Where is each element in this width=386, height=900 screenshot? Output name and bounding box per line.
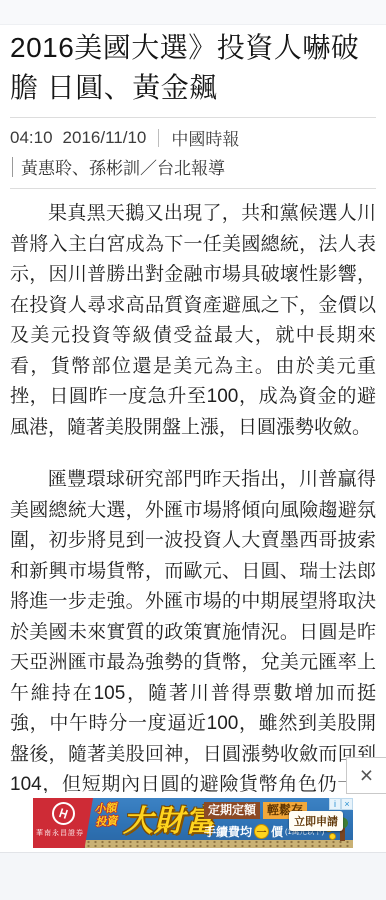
ad-brand-name: 華南永昌證券 bbox=[36, 828, 84, 838]
paragraph: 果真黑天鵝又出現了，共和黨候選人川普將入主白宮成為下一任美國總統，法人表示，因川… bbox=[10, 199, 376, 443]
ad-close-button[interactable]: × bbox=[346, 757, 386, 794]
paragraph: 匯豐環球研究部門昨天指出，川普贏得美國總統大選，外匯市場將傾向風險趨避氛圍，初步… bbox=[10, 465, 376, 831]
meta-separator bbox=[158, 129, 159, 147]
adchoices-controls: i × bbox=[329, 798, 353, 810]
ad-badge-regular: 定期定額 bbox=[204, 802, 260, 819]
publish-time: 04:10 bbox=[10, 128, 53, 148]
article-page: 2016美國大選》投資人嚇破膽 日圓、黃金飆 04:10 2016/11/10 … bbox=[0, 0, 386, 900]
coin-icon: 一 bbox=[254, 824, 269, 839]
byline: 黃惠聆、孫彬訓／台北報導 bbox=[21, 154, 225, 179]
adchoices-info-icon[interactable]: i bbox=[329, 798, 341, 810]
ad-tagline: 小額 投資 bbox=[94, 802, 118, 829]
article-meta: 04:10 2016/11/10 中國時報 bbox=[10, 118, 376, 151]
article-container: 2016美國大選》投資人嚇破膽 日圓、黃金飆 04:10 2016/11/10 … bbox=[10, 25, 376, 853]
byline-row: 黃惠聆、孫彬訓／台北報導 bbox=[10, 151, 376, 188]
close-icon: × bbox=[360, 762, 373, 789]
ad-fee-prefix: 手續費均 bbox=[204, 823, 252, 840]
sticky-ad-bar: 華南永昌證券 小額 投資 大財富 定期定額 輕鬆存 手續費均 一 價 (1萬元以… bbox=[0, 793, 386, 853]
ad-cta-button[interactable]: 立即申請 bbox=[289, 811, 343, 831]
page-title: 2016美國大選》投資人嚇破膽 日圓、黃金飆 bbox=[10, 28, 376, 108]
adchoices-close-icon[interactable]: × bbox=[341, 798, 353, 810]
byline-bar bbox=[12, 157, 13, 177]
publish-date: 2016/11/10 bbox=[63, 128, 147, 148]
ad-headline: 大財富 bbox=[123, 805, 216, 838]
source-label: 中國時報 bbox=[171, 125, 239, 150]
ad-fee-suffix: 價 bbox=[271, 823, 283, 840]
ad-tagline-bottom: 投資 bbox=[95, 815, 118, 830]
huanan-logo-icon bbox=[52, 802, 75, 825]
ad-brand-block: 華南永昌證券 bbox=[33, 798, 93, 848]
ad-banner[interactable]: 華南永昌證券 小額 投資 大財富 定期定額 輕鬆存 手續費均 一 價 (1萬元以… bbox=[33, 798, 353, 848]
article-body: 果真黑天鵝又出現了，共和黨候選人川普將入主白宮成為下一任美國總統，法人表示，因川… bbox=[10, 189, 376, 831]
ad-ground-texture bbox=[85, 840, 353, 848]
page-end-area bbox=[0, 853, 386, 900]
top-strip bbox=[0, 0, 386, 25]
